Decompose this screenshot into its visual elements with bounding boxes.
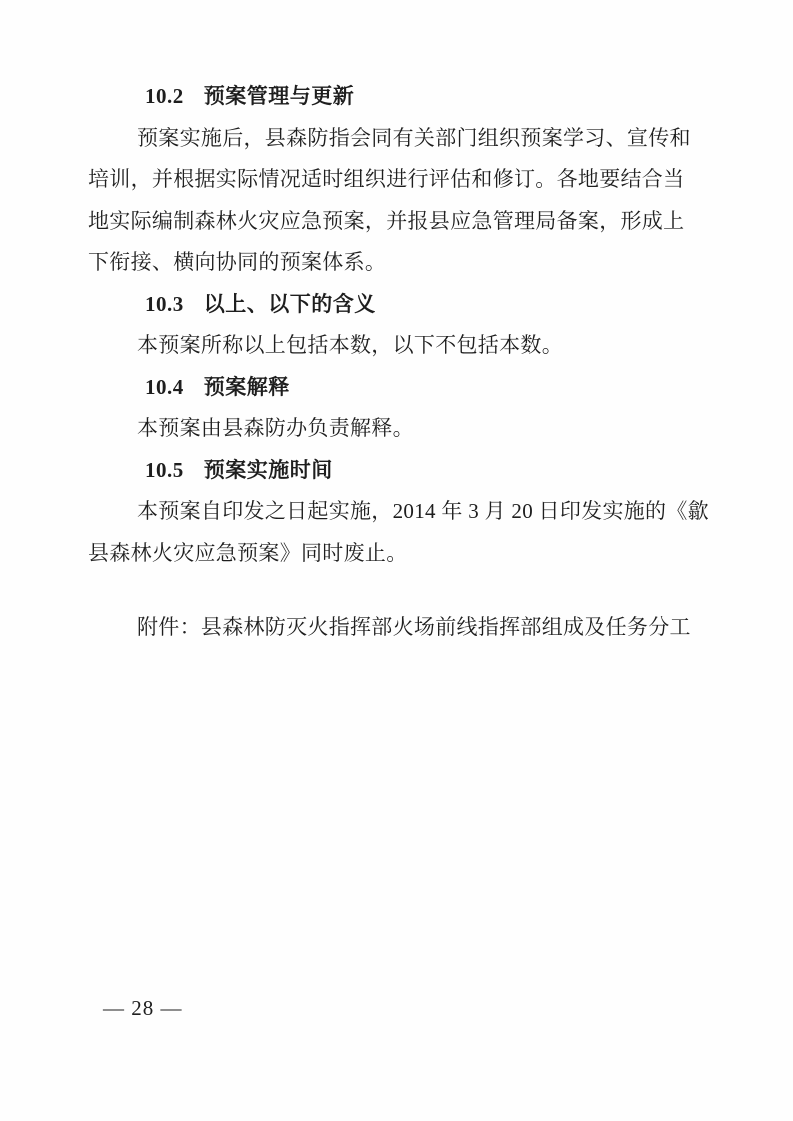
section-heading-10-4: 10.4预案解释 [88,367,704,409]
section-heading-10-3: 10.3以上、以下的含义 [88,284,704,326]
heading-number: 10.2 [145,76,184,118]
page-number: — 28 — [103,996,183,1020]
paragraph-line: 本预案自印发之日起实施，2014 年 3 月 20 日印发实施的《歙 [88,491,704,533]
heading-title: 预案实施时间 [204,458,333,482]
heading-number: 10.5 [145,450,184,492]
paragraph-line: 本预案由县森防办负责解释。 [88,408,704,450]
heading-number: 10.3 [145,284,184,326]
attachment-line: 附件：县森林防灭火指挥部火场前线指挥部组成及任务分工 [88,607,704,649]
paragraph-line: 培训，并根据实际情况适时组织进行评估和修订。各地要结合当 [88,159,704,201]
document-body: 10.2预案管理与更新 预案实施后，县森防指会同有关部门组织预案学习、宣传和 培… [88,76,704,649]
section-heading-10-2: 10.2预案管理与更新 [88,76,704,118]
paragraph-line: 地实际编制森林火灾应急预案，并报县应急管理局备案，形成上 [88,201,704,243]
blank-gap [88,574,704,607]
heading-title: 预案解释 [204,375,290,399]
heading-title: 以上、以下的含义 [204,292,376,316]
paragraph-line: 下衔接、横向协同的预案体系。 [88,242,704,284]
heading-number: 10.4 [145,367,184,409]
paragraph-line: 县森林火灾应急预案》同时废止。 [88,533,704,575]
section-heading-10-5: 10.5预案实施时间 [88,450,704,492]
document-page: 10.2预案管理与更新 预案实施后，县森防指会同有关部门组织预案学习、宣传和 培… [0,0,793,1121]
paragraph-line: 本预案所称以上包括本数，以下不包括本数。 [88,325,704,367]
heading-title: 预案管理与更新 [204,84,355,108]
paragraph-line: 预案实施后，县森防指会同有关部门组织预案学习、宣传和 [88,118,704,160]
